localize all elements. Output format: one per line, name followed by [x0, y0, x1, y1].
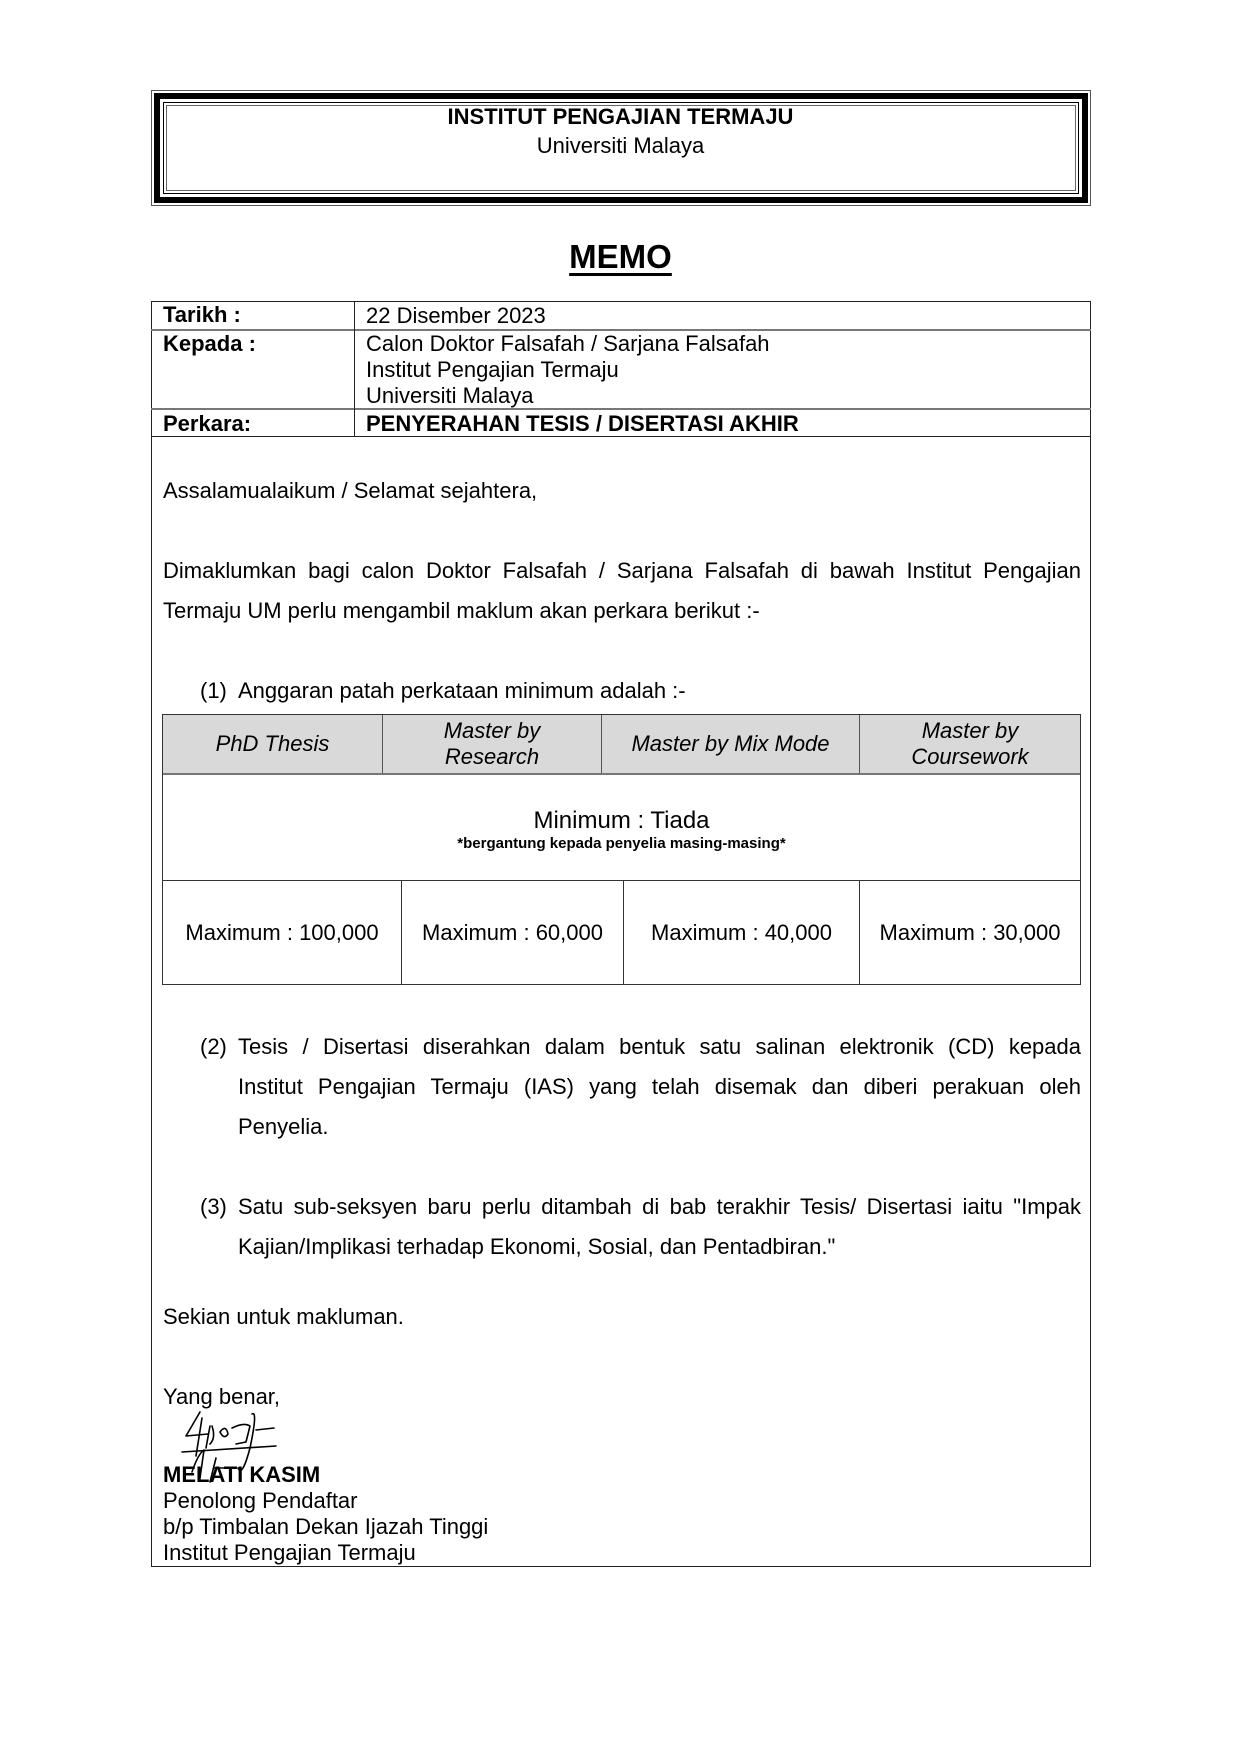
info-column-divider — [354, 301, 355, 436]
signatory-institute: Institut Pengajian Termaju — [163, 1540, 416, 1566]
institution-name: INSTITUT PENGAJIAN TERMAJU — [0, 104, 1241, 130]
recipient-line: Institut Pengajian Termaju — [366, 356, 619, 383]
recipient-label: Kepada : — [163, 331, 256, 357]
recipient-line: Calon Doktor Falsafah / Sarjana Falsafah — [366, 330, 770, 357]
item-text: Tesis / Disertasi diserahkan dalam bentu… — [238, 1034, 1081, 1060]
item-text: Penyelia. — [238, 1114, 329, 1140]
closing-text: Sekian untuk makluman. — [163, 1304, 404, 1330]
item-number: (1) — [200, 678, 227, 704]
minimum-note: *bergantung kepada penyelia masing-masin… — [163, 835, 1080, 852]
max-phd: Maximum : 100,000 — [163, 881, 401, 985]
intro-line: Termaju UM perlu mengambil maklum akan p… — [163, 598, 760, 624]
header-master-research: Master by Research — [383, 715, 601, 773]
header-phd-thesis: PhD Thesis — [163, 715, 382, 773]
signatory-name: MELATI KASIM — [163, 1462, 320, 1488]
item-number: (3) — [200, 1194, 227, 1220]
table-header-row: PhD Thesis Master by Research Master by … — [163, 715, 1080, 775]
university-name: Universiti Malaya — [0, 133, 1241, 159]
memo-title: MEMO — [0, 238, 1241, 276]
word-count-table: PhD Thesis Master by Research Master by … — [162, 714, 1081, 985]
max-master-mix-mode: Maximum : 40,000 — [624, 881, 859, 985]
date-value: 22 Disember 2023 — [366, 302, 546, 329]
item-text: Anggaran patah perkataan minimum adalah … — [238, 678, 686, 704]
greeting: Assalamualaikum / Selamat sejahtera, — [163, 478, 537, 504]
item-number: (2) — [200, 1034, 227, 1060]
date-label: Tarikh : — [163, 302, 241, 328]
subject-value: PENYERAHAN TESIS / DISERTASI AKHIR — [366, 410, 799, 437]
item-text: Satu sub-seksyen baru perlu ditambah di … — [238, 1194, 1081, 1220]
signatory-on-behalf: b/p Timbalan Dekan Ijazah Tinggi — [163, 1514, 488, 1540]
intro-line: Dimaklumkan bagi calon Doktor Falsafah /… — [163, 558, 1081, 584]
header-master-mix-mode: Master by Mix Mode — [602, 715, 859, 773]
header-master-coursework: Master by Coursework — [860, 715, 1080, 773]
subject-label: Perkara: — [163, 411, 251, 437]
item-text: Institut Pengajian Termaju (IAS) yang te… — [238, 1074, 1081, 1100]
minimum-row: Minimum : Tiada *bergantung kepada penye… — [163, 775, 1080, 881]
max-master-coursework: Maximum : 30,000 — [860, 881, 1080, 985]
max-master-research: Maximum : 60,000 — [402, 881, 623, 985]
signatory-title: Penolong Pendaftar — [163, 1488, 358, 1514]
minimum-value: Minimum : Tiada — [163, 807, 1080, 835]
recipient-line: Universiti Malaya — [366, 382, 534, 409]
item-text: Kajian/Implikasi terhadap Ekonomi, Sosia… — [238, 1234, 835, 1260]
salutation: Yang benar, — [163, 1384, 280, 1410]
